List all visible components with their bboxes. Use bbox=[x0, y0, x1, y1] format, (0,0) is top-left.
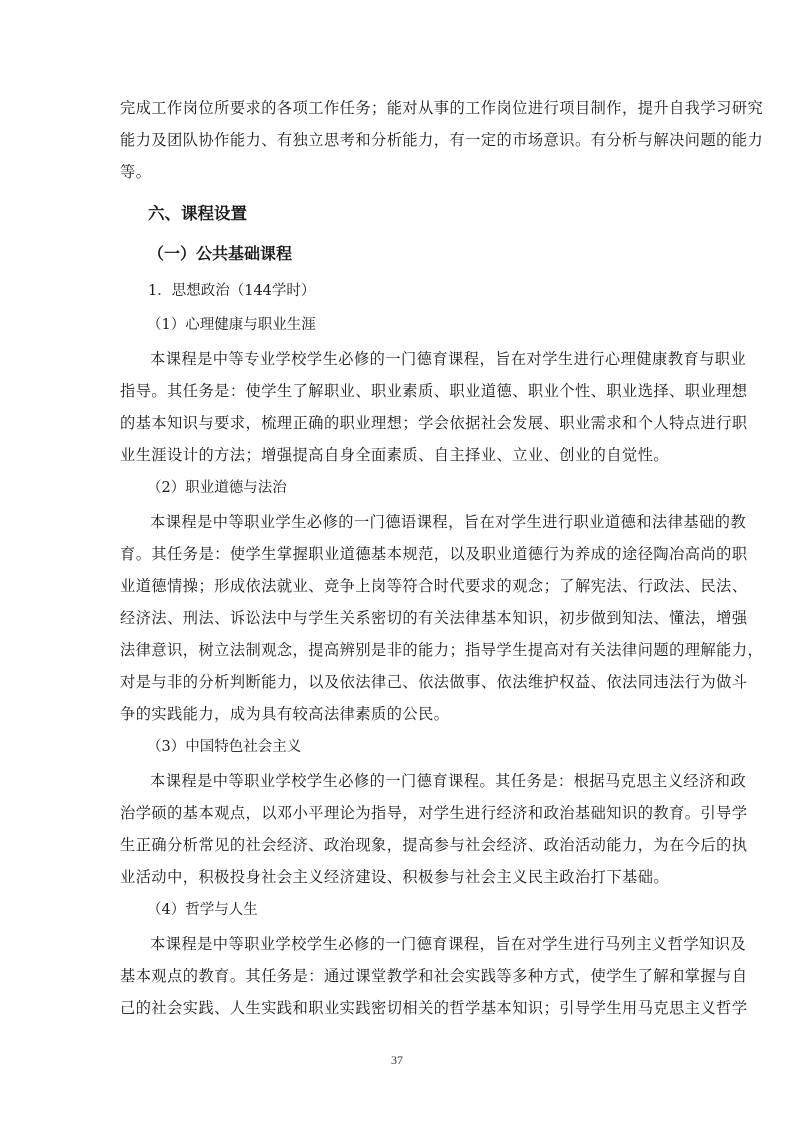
paragraph-line: 本课程是中等专业学校学生必修的一门德育课程，旨在对学生进行心理健康教育与职业 bbox=[120, 343, 692, 375]
section-heading: 六、课程设置 bbox=[120, 194, 692, 234]
paragraph-line: 对是与非的分析判断能力，以及依法律己、依法做事、依法维护权益、依法同违法行为做斗 bbox=[120, 666, 692, 698]
paragraph-line: 能力及团队协作能力、有独立思考和分析能力，有一定的市场意识。有分析与解决问题的能… bbox=[120, 124, 692, 156]
paragraph-line: 本课程是中等职业学校学生必修的一门德育课程。其任务是：根据马克思主义经济和政 bbox=[120, 765, 692, 797]
paragraph-line: 育。其任务是：使学生掌握职业道德基本规范，以及职业道德行为养成的途径陶冶高尚的职 bbox=[120, 538, 692, 570]
paragraph-line: 治学硕的基本观点，以邓小平理论为指导，对学生进行经济和政治基础知识的教育。引导学 bbox=[120, 797, 692, 829]
paragraph-line: 争的实践能力，成为具有较高法律素质的公民。 bbox=[120, 698, 692, 730]
course-group-title: 1．思想政治（144学时） bbox=[120, 274, 692, 308]
paragraph-line: 业活动中，积极投身社会主义经济建设、积极参与社会主义民主政治打下基础。 bbox=[120, 861, 692, 893]
paragraph-line: 经济法、刑法、诉讼法中与学生关系密切的有关法律基本知识，初步做到知法、懂法，增强 bbox=[120, 602, 692, 634]
page-content: 完成工作岗位所要求的各项工作任务；能对从事的工作岗位进行项目制作，提升自我学习研… bbox=[120, 91, 692, 1024]
paragraph-line: 基本观点的教育。其任务是：通过课堂教学和社会实践等多种方式，使学生了解和掌握与自 bbox=[120, 960, 692, 992]
paragraph-line: 完成工作岗位所要求的各项工作任务；能对从事的工作岗位进行项目制作，提升自我学习研… bbox=[120, 92, 692, 124]
paragraph-line: 本课程是中等职业学校学生必修的一门德育课程，旨在对学生进行马列主义哲学知识及 bbox=[120, 928, 692, 960]
paragraph-line: 业道德情操；形成依法就业、竞争上岗等符合时代要求的观念；了解宪法、行政法、民法、 bbox=[120, 570, 692, 602]
course-description: 本课程是中等专业学校学生必修的一门德育课程，旨在对学生进行心理健康教育与职业 指… bbox=[120, 343, 692, 471]
paragraph-line: 法律意识，树立法制观念，提高辨别是非的能力；指导学生提高对有关法律问题的理解能力… bbox=[120, 634, 692, 666]
paragraph-line: 等。 bbox=[120, 156, 692, 188]
course-description: 本课程是中等职业学校学生必修的一门德育课程。其任务是：根据马克思主义经济和政 治… bbox=[120, 765, 692, 893]
paragraph-line: 己的社会实践、人生实践和职业实践密切相关的哲学基本知识；引导学生用马克思主义哲学 bbox=[120, 992, 692, 1024]
paragraph-line: 本课程是中等职业学生必修的一门德语课程，旨在对学生进行职业道德和法律基础的教 bbox=[120, 506, 692, 538]
paragraph-line: 的基本知识与要求，梳理正确的职业理想；学会依据社会发展、职业需求和个人特点进行职 bbox=[120, 407, 692, 439]
course-description: 本课程是中等职业学生必修的一门德语课程，旨在对学生进行职业道德和法律基础的教 育… bbox=[120, 506, 692, 730]
page-number: 37 bbox=[0, 1053, 794, 1068]
course-title: （1）心理健康与职业生涯 bbox=[120, 308, 692, 342]
document-page: 完成工作岗位所要求的各项工作任务；能对从事的工作岗位进行项目制作，提升自我学习研… bbox=[0, 0, 794, 1123]
intro-paragraph: 完成工作岗位所要求的各项工作任务；能对从事的工作岗位进行项目制作，提升自我学习研… bbox=[120, 92, 692, 188]
course-title: （4）哲学与人生 bbox=[120, 893, 692, 927]
course-title: （3）中国特色社会主义 bbox=[120, 730, 692, 764]
paragraph-line: 生正确分析常见的社会经济、政治现象，提高参与社会经济、政治活动能力，为在今后的执 bbox=[120, 829, 692, 861]
course-title: （2）职业道德与法治 bbox=[120, 471, 692, 505]
paragraph-line: 业生涯设计的方法；增强提高自身全面素质、自主择业、立业、创业的自觉性。 bbox=[120, 439, 692, 471]
course-description: 本课程是中等职业学校学生必修的一门德育课程，旨在对学生进行马列主义哲学知识及 基… bbox=[120, 928, 692, 1024]
subsection-heading: （一）公共基础课程 bbox=[120, 234, 692, 274]
paragraph-line: 指导。其任务是：使学生了解职业、职业素质、职业道德、职业个性、职业选择、职业理想 bbox=[120, 375, 692, 407]
